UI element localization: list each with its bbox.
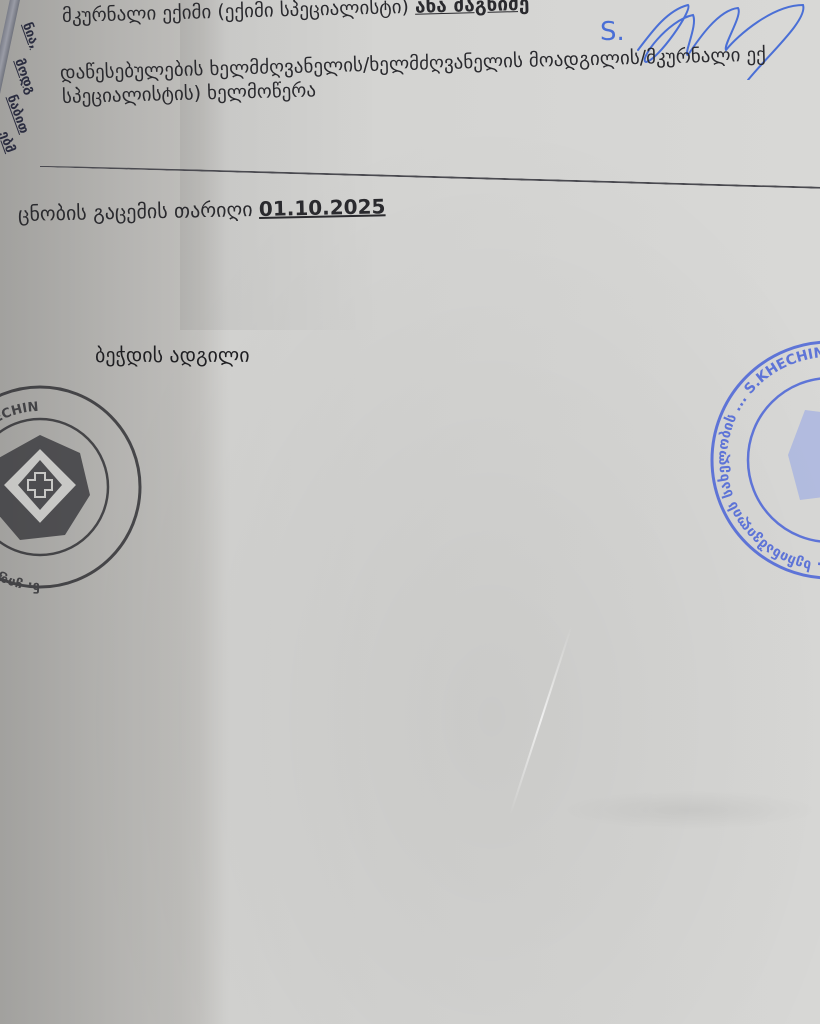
paper-crease bbox=[560, 790, 820, 830]
shadow-top bbox=[180, 0, 380, 330]
issue-date-value: 01.10.2025 bbox=[259, 194, 386, 221]
seal-place-label: ბეჭდის ადგილი bbox=[95, 343, 250, 367]
back-page-fragment: ნაბით bbox=[4, 93, 29, 128]
stamp-right-icon: ს. ხეჩინაშვილის სახელობის ... S.KHECHINA… bbox=[710, 335, 820, 585]
issue-date-label: ცნობის გაცემის თარიღი bbox=[18, 197, 253, 226]
back-page-fragment: ნია, bbox=[19, 21, 44, 56]
stamp-left-icon: ნ. ყიფშიძის სახელობის ... S. KHECHINASHV… bbox=[0, 375, 145, 600]
back-page-fragment: მოდგ bbox=[11, 57, 36, 92]
doctor-name: ანა ძაგნიძე bbox=[415, 0, 530, 18]
svg-text:S.: S. bbox=[600, 17, 625, 47]
